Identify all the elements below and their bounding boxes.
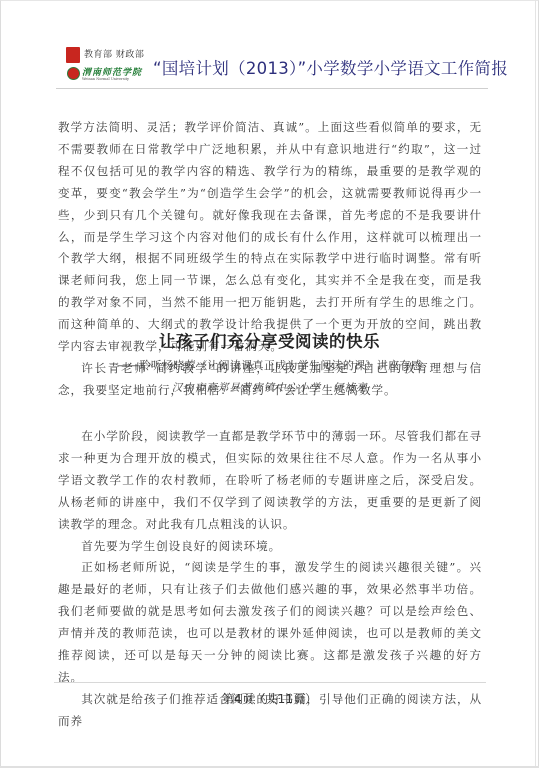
university-emblem-icon (67, 67, 80, 80)
guopei-seal-icon (66, 47, 80, 63)
page-header: 教育部 财政部 渭南师范学院 Weinan Normal University … (58, 42, 498, 86)
paragraph: 教学方法简明、灵活；教学评价简洁、真诚”。上面这些看似简单的要求，无不需要教师在… (58, 117, 482, 358)
bulletin-title: “国培计划（2013）”小学数学小学语文工作简报 (153, 55, 508, 79)
page-number: 第4页（共11页） (0, 690, 539, 707)
departments-label: 教育部 财政部 (84, 47, 144, 60)
header-divider (56, 88, 488, 89)
article-title: 让孩子们充分享受阅读的快乐 (0, 328, 539, 352)
footer-divider (54, 682, 486, 683)
paragraph: 正如杨老师所说，“阅读是学生的事，激发学生的阅读兴趣很关键”。兴趣是最好的老师，… (58, 557, 482, 688)
article-author: 汉中市南郑县黄官镇中心小学 何祯亮 (0, 380, 539, 395)
university-name-en: Weinan Normal University (82, 77, 129, 81)
article-subtitle: ——聆听杨晓蓉《让阅读课真正成为学生阅读的课》讲座有感 (0, 357, 539, 373)
paragraph: 首先要为学生创设良好的阅读环境。 (58, 536, 482, 558)
paragraph: 在小学阶段，阅读教学一直都是教学环节中的薄弱一环。尽管我们都在寻求一种更为合理开… (58, 426, 482, 536)
article-body: 在小学阶段，阅读教学一直都是教学环节中的薄弱一环。尽管我们都在寻求一种更为合理开… (58, 426, 482, 733)
